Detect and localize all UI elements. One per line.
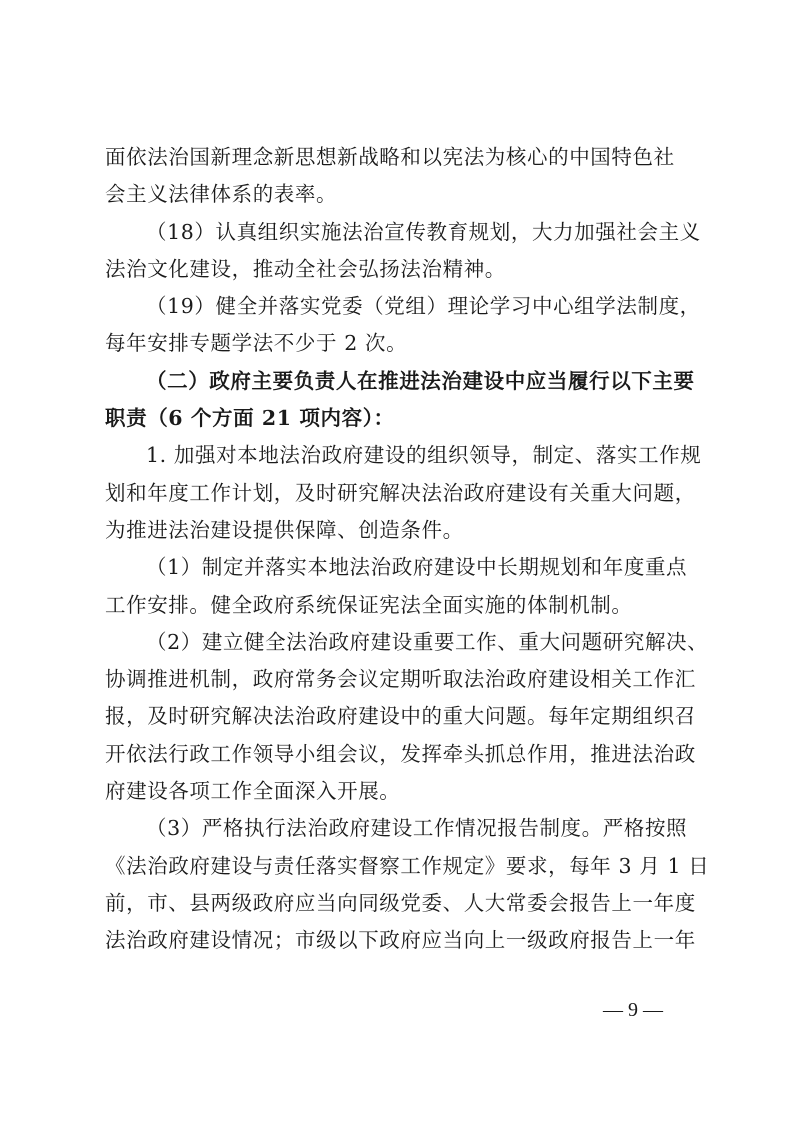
text-line: （18）认真组织实施法治宣传教育规划，大力加强社会主义 bbox=[105, 214, 692, 251]
text-line: 开依法行政工作领导小组会议，发挥牵头抓总作用，推进法治政 bbox=[105, 736, 692, 773]
paragraph-item-19: （19）健全并落实党委（党组）理论学习中心组学法制度， 每年安排专题学法不少于 … bbox=[105, 288, 692, 363]
text-line: （19）健全并落实党委（党组）理论学习中心组学法制度， bbox=[105, 288, 692, 325]
text-line: 《法治政府建设与责任落实督察工作规定》要求，每年 3 月 1 日 bbox=[105, 848, 692, 885]
text-line: （2）建立健全法治政府建设重要工作、重大问题研究解决、 bbox=[105, 624, 692, 661]
text-line: 为推进法治建设提供保障、创造条件。 bbox=[105, 512, 692, 549]
paragraph-item-1: （1）制定并落实本地法治政府建设中长期规划和年度重点 工作安排。健全政府系统保证… bbox=[105, 549, 692, 624]
heading-line: （二）政府主要负责人在推进法治建设中应当履行以下主要 bbox=[105, 363, 692, 400]
document-body: 面依法治国新理念新思想新战略和以宪法为核心的中国特色社 会主义法律体系的表率。 … bbox=[105, 139, 692, 960]
text-line: 1. 加强对本地法治政府建设的组织领导，制定、落实工作规 bbox=[105, 437, 692, 474]
text-line: （1）制定并落实本地法治政府建设中长期规划和年度重点 bbox=[105, 549, 692, 586]
text-line: 前，市、县两级政府应当向同级党委、人大常委会报告上一年度 bbox=[105, 885, 692, 922]
text-line: 面依法治国新理念新思想新战略和以宪法为核心的中国特色社 bbox=[105, 139, 692, 176]
paragraph-item-18: （18）认真组织实施法治宣传教育规划，大力加强社会主义 法治文化建设，推动全社会… bbox=[105, 214, 692, 289]
text-line: 法治文化建设，推动全社会弘扬法治精神。 bbox=[105, 251, 692, 288]
text-line: 划和年度工作计划，及时研究解决法治政府建设有关重大问题， bbox=[105, 475, 692, 512]
page-number: — 9 — bbox=[603, 999, 663, 1022]
text-line: 府建设各项工作全面深入开展。 bbox=[105, 773, 692, 810]
text-line: 报，及时研究解决法治政府建设中的重大问题。每年定期组织召 bbox=[105, 698, 692, 735]
paragraph-item-2: （2）建立健全法治政府建设重要工作、重大问题研究解决、 协调推进机制，政府常务会… bbox=[105, 624, 692, 810]
text-line: 工作安排。健全政府系统保证宪法全面实施的体制机制。 bbox=[105, 587, 692, 624]
text-line: 法治政府建设情况；市级以下政府应当向上一级政府报告上一年 bbox=[105, 922, 692, 959]
section-heading-2: （二）政府主要负责人在推进法治建设中应当履行以下主要 职责（6 个方面 21 项… bbox=[105, 363, 692, 438]
paragraph-item-3: （3）严格执行法治政府建设工作情况报告制度。严格按照 《法治政府建设与责任落实督… bbox=[105, 810, 692, 959]
paragraph-continued: 面依法治国新理念新思想新战略和以宪法为核心的中国特色社 会主义法律体系的表率。 bbox=[105, 139, 692, 214]
heading-line: 职责（6 个方面 21 项内容）： bbox=[105, 400, 692, 437]
text-line: 每年安排专题学法不少于 2 次。 bbox=[105, 325, 692, 362]
paragraph-duty-1: 1. 加强对本地法治政府建设的组织领导，制定、落实工作规 划和年度工作计划，及时… bbox=[105, 437, 692, 549]
text-line: 会主义法律体系的表率。 bbox=[105, 176, 692, 213]
text-line: （3）严格执行法治政府建设工作情况报告制度。严格按照 bbox=[105, 810, 692, 847]
text-line: 协调推进机制，政府常务会议定期听取法治政府建设相关工作汇 bbox=[105, 661, 692, 698]
